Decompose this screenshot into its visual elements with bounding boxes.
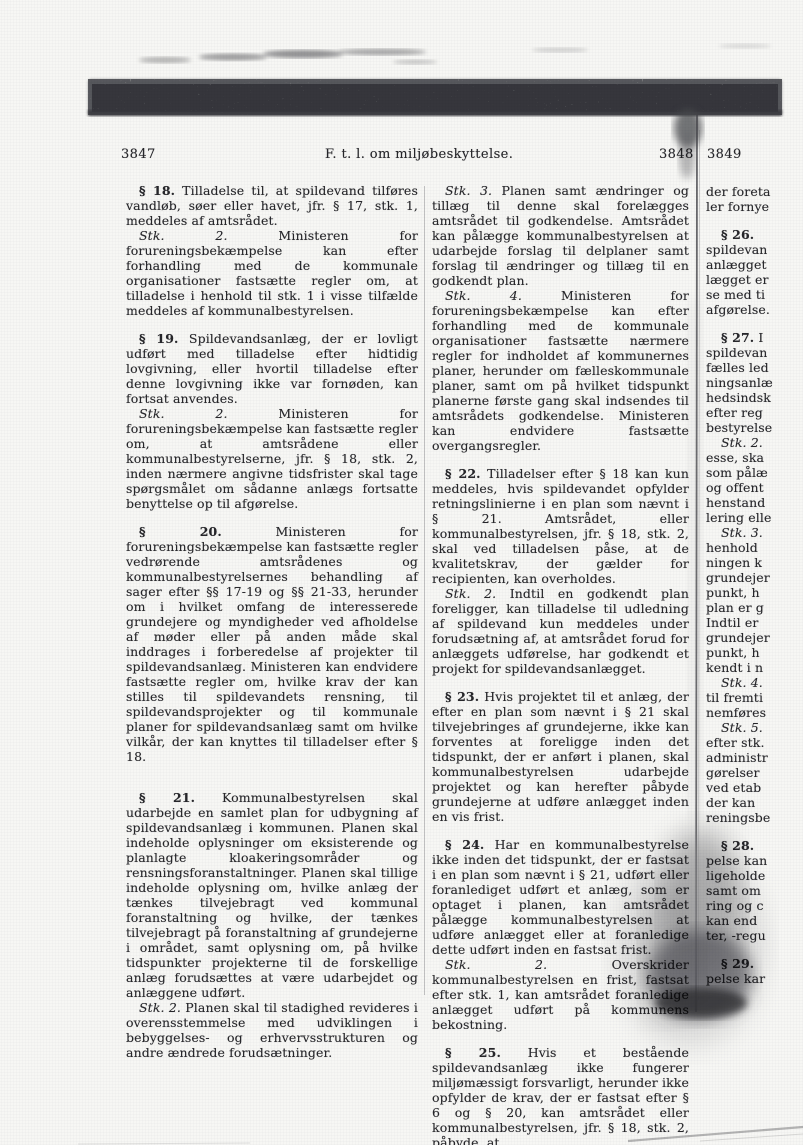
clipped-text-fragment: anlægget [706,257,803,272]
clipped-text-fragment: nemføres [706,705,803,720]
fragment-text: grundejer [706,570,770,585]
paragraph-lead: § 24. [445,837,484,852]
clipped-text-fragment: Stk. 3. [706,525,803,540]
paragraph-text: Ministeren for forureningsbekæmpelse kan… [126,524,418,764]
fragment-text: afgørelse. [706,302,770,317]
fragment-lead: § 28. [721,838,754,853]
paragraph-text: Planen samt ændringer og tillæg til denn… [432,183,689,288]
paragraph-lead: Stk. 2. [139,406,228,421]
clipped-text-fragment: pelse kar [706,971,803,986]
law-paragraph: Stk. 2. Indtil en godkendt plan foreligg… [432,586,689,676]
fragment-text: nemføres [706,705,766,720]
clipped-text-fragment: administr [706,750,803,765]
fragment-text: grundejer [706,630,770,645]
fragment-text: ningen k [706,555,762,570]
fragment-lead: Stk. 3. [721,525,763,540]
fragment-text: reningsbe [706,810,770,825]
law-paragraph: Stk. 2. Ministeren for forureningsbekæmp… [126,406,418,511]
paragraph-lead: § 23. [445,689,479,704]
page-title: F. t. l. om miljøbeskyttelse. [325,147,513,162]
spine-band [88,79,782,116]
fragment-text: ved etab [706,780,761,795]
clipped-text-fragment: § 26. [706,227,803,242]
clipped-text-fragment: ligeholde [706,868,803,883]
clipped-text-fragment: ved etab [706,780,803,795]
fragment-text: spildevan [706,242,767,257]
paragraph-lead: § 22. [445,466,481,481]
fragment-text: fælles led [706,360,769,375]
paragraph-lead: Stk. 2. [445,586,496,601]
clipped-text-fragment: efter stk. [706,735,803,750]
clipped-text-fragment: afgørelse. [706,302,803,317]
paragraph-lead: § 19. [139,331,179,346]
fragment-lead: Stk. 4. [721,675,763,690]
clipped-text-fragment: grundejer [706,630,803,645]
clipped-text-fragment: Stk. 4. [706,675,803,690]
clipped-text-fragment: plan er g [706,600,803,615]
fragment-text: I [754,330,763,345]
fragment-text: efter reg [706,405,763,420]
clipped-text-fragment: grundejer [706,570,803,585]
fragment-lead: § 26. [721,227,754,242]
paragraph-lead: Stk. 2. [139,228,228,243]
page-number-next-page: 3849 [707,147,742,162]
clipped-text-fragment: hedsindsk [706,390,803,405]
fragment-text: gørelser [706,765,760,780]
fragment-text: plan er g [706,600,764,615]
fragment-text: administr [706,750,768,765]
page-number-left: 3847 [121,147,156,162]
law-paragraph: § 23. Hvis projektet til et anlæg, der e… [432,689,689,824]
left-text-column: § 18. Tilladelse til, at spildevand tilf… [126,183,418,1060]
clipped-text-fragment: efter reg [706,405,803,420]
clipped-text-fragment: gørelser [706,765,803,780]
clipped-text-fragment: Indtil er [706,615,803,630]
law-paragraph: § 19. Spildevandsanlæg, der er lovligt u… [126,331,418,406]
fragment-text: og offent [706,480,764,495]
middle-text-column: Stk. 3. Planen samt ændringer og tillæg … [432,183,689,1145]
clipped-text-fragment: bestyrelse [706,420,803,435]
fragment-text: anlægget [706,257,767,272]
fragment-text: til fremti [706,690,763,705]
fragment-lead: Stk. 2. [721,435,763,450]
law-paragraph: § 22. Tilladelser efter § 18 kan kun med… [432,466,689,586]
fragment-text: efter stk. [706,735,765,750]
fragment-text: kan end [706,913,757,928]
clipped-text-fragment: ler fornye [706,199,803,214]
clipped-text-fragment: og offent [706,480,803,495]
fragment-text: samt om [706,883,761,898]
paragraph-text: Hvis projektet til et anlæg, der efter e… [432,689,689,824]
fragment-text: spildevan [706,345,767,360]
paragraph-text: Hvis et bestående spildevandsanlæg ikke … [432,1045,689,1145]
fragment-text: punkt, h [706,645,760,660]
clipped-text-fragment: punkt, h [706,585,803,600]
law-paragraph: Stk. 4. Ministeren for forureningsbekæmp… [432,288,689,453]
fragment-text: henstand [706,495,765,510]
paragraph-lead: Stk. 4. [445,288,522,303]
fragment-text: der foreta [706,184,771,199]
fragment-text: pelse kan [706,853,767,868]
fragment-text: bestyrelse [706,420,772,435]
fragment-text: lægget er [706,272,769,287]
clipped-text-fragment: kendt i n [706,660,803,675]
adjacent-page-text-column: der foreta ler fornye § 26. spildevan an… [706,184,803,986]
paragraph-text: Kommunalbestyrelsen skal udarbejde en sa… [126,790,418,1000]
clipped-text-fragment: Stk. 2. [706,435,803,450]
fragment-text: punkt, h [706,585,760,600]
clipped-text-fragment: kan end [706,913,803,928]
clipped-text-fragment: § 28. [706,838,803,853]
fragment-text: se med ti [706,287,765,302]
clipped-text-fragment: fælles led [706,360,803,375]
law-paragraph: Stk. 2. Planen skal til stadighed revide… [126,1000,418,1060]
clipped-text-fragment: esse, ska [706,450,803,465]
fragment-text: der kan [706,795,755,810]
fragment-text: Indtil er [706,615,758,630]
fragment-text: ler fornye [706,199,769,214]
paragraph-lead: § 18. [139,183,175,198]
clipped-text-fragment: som pålæ [706,465,803,480]
law-paragraph: Stk. 2. Overskrider kommunalbestyrelsen … [432,957,689,1032]
law-paragraph: § 18. Tilladelse til, at spildevand tilf… [126,183,418,228]
clipped-text-fragment: lering elle [706,510,803,525]
fragment-text: ter, -regu [706,928,766,943]
paragraph-lead: § 20. [139,524,222,539]
clipped-text-fragment: henhold [706,540,803,555]
fragment-text: kendt i n [706,660,763,675]
clipped-text-fragment: henstand [706,495,803,510]
fragment-lead: Stk. 5. [721,720,763,735]
paragraph-lead: § 25. [445,1045,501,1060]
clipped-text-fragment: spildevan [706,242,803,257]
clipped-text-fragment: reningsbe [706,810,803,825]
paragraph-text: Tilladelser efter § 18 kan kun meddeles,… [432,466,689,586]
fragment-lead: § 29. [721,956,754,971]
clipped-text-fragment: punkt, h [706,645,803,660]
paragraph-text: Ministeren for forureningsbekæmpelse kan… [432,288,689,453]
paragraph-text: Har en kommunalbestyrelse ikke inden det… [432,837,689,957]
clipped-text-fragment: der foreta [706,184,803,199]
clipped-text-fragment: § 27. I [706,330,803,345]
paragraph-lead: Stk. 2. [139,1000,181,1015]
paragraph-text: Ministeren for forureningsbekæmpelse kan… [126,406,418,511]
law-paragraph: Stk. 3. Planen samt ændringer og tillæg … [432,183,689,288]
paragraph-lead: Stk. 3. [445,183,492,198]
paragraph-lead: § 21. [139,790,195,805]
fragment-text: esse, ska [706,450,764,465]
fragment-text: henhold [706,540,758,555]
fragment-text: lering elle [706,510,772,525]
fragment-text: ligeholde [706,868,765,883]
clipped-text-fragment: se med ti [706,287,803,302]
clipped-text-fragment: lægget er [706,272,803,287]
clipped-text-fragment: § 29. [706,956,803,971]
law-paragraph: § 21. Kommunalbestyrelsen skal udarbejde… [126,790,418,1000]
law-paragraph: Stk. 2. Ministeren for forureningsbekæmp… [126,228,418,318]
clipped-text-fragment: der kan [706,795,803,810]
clipped-text-fragment: ningsanlæ [706,375,803,390]
clipped-text-fragment: ring og c [706,898,803,913]
scanned-document-page: 3847 F. t. l. om miljøbeskyttelse. 3848 … [0,0,803,1145]
clipped-text-fragment: ningen k [706,555,803,570]
fragment-text: som pålæ [706,465,768,480]
fragment-lead: § 27. [721,330,754,345]
clipped-text-fragment: Stk. 5. [706,720,803,735]
fragment-text: ningsanlæ [706,375,773,390]
paragraph-lead: Stk. 2. [445,957,547,972]
fragment-text: hedsindsk [706,390,771,405]
clipped-text-fragment: til fremti [706,690,803,705]
law-paragraph: § 24. Har en kommunalbestyrelse ikke ind… [432,837,689,957]
law-paragraph: § 25. Hvis et bestående spildevandsanlæg… [432,1045,689,1145]
fragment-text: ring og c [706,898,764,913]
law-paragraph: § 20. Ministeren for forureningsbekæmpel… [126,524,418,764]
clipped-text-fragment: ter, -regu [706,928,803,943]
clipped-text-fragment: spildevan [706,345,803,360]
fragment-text: pelse kar [706,971,765,986]
page-number-right: 3848 [659,147,694,162]
clipped-text-fragment: samt om [706,883,803,898]
smudge-streaks [139,44,771,64]
clipped-text-fragment: pelse kan [706,853,803,868]
